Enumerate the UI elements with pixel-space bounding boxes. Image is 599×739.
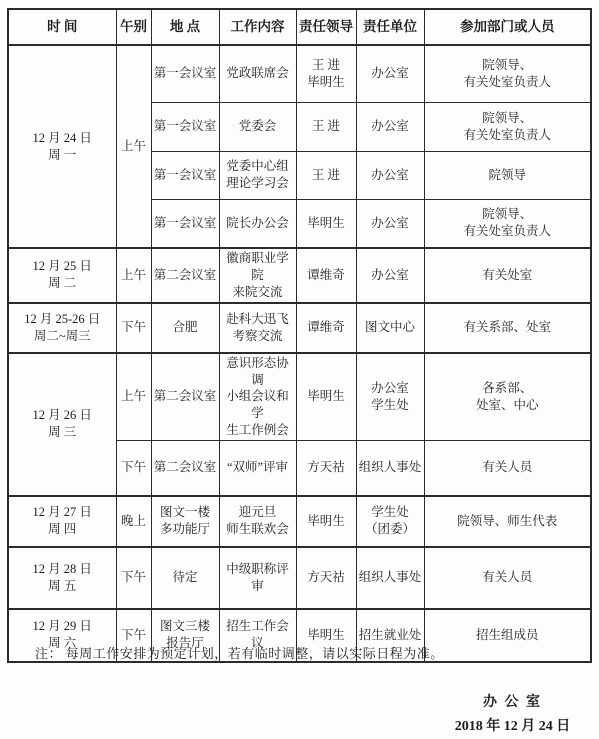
cell-participants: 院领导、 有关处室负责人 [424,45,591,102]
cell-noon: 上午 [116,45,151,248]
table-row: 12 月 27 日 周 四 晚上 图文一楼 多功能厅 迎元旦 师生联欢会 毕明生… [8,496,591,547]
cell-unit: 办公室 [356,45,424,102]
col-header-content: 工作内容 [219,9,296,45]
cell-content: 意识形态协调 小组会议和学 生工作例会 [219,353,296,441]
footnote: 注： 每周工作安排为预定计划，若有临时调整，请以实际日程为准。 [35,643,444,662]
cell-noon: 下午 [116,303,151,353]
cell-place: 第二会议室 [151,248,219,303]
cell-participants: 各系部、 处室、中心 [424,353,591,441]
cell-date: 12 月 26 日 周 三 [8,353,116,496]
cell-content: 党政联席会 [219,45,296,102]
cell-participants: 院领导、 有关处室负责人 [424,199,591,248]
col-header-place: 地 点 [151,9,219,45]
table-row: 12 月 25 日 周 二 上午 第二会议室 徽商职业学院 来院交流 谭维奇 办… [8,248,591,303]
cell-leader: 王 进 毕明生 [296,45,356,102]
cell-content: 徽商职业学院 来院交流 [219,248,296,303]
cell-participants: 有关人员 [424,441,591,496]
cell-place: 第一会议室 [151,102,219,151]
cell-leader: 谭维奇 [296,303,356,353]
cell-place: 第一会议室 [151,151,219,199]
document-page: 时 间 午别 地 点 工作内容 责任领导 责任单位 参加部门或人员 12 月 2… [0,0,599,739]
cell-place: 第二会议室 [151,441,219,496]
cell-leader: 毕明生 [296,353,356,441]
cell-unit: 办公室 [356,102,424,151]
cell-participants: 院领导、师生代表 [424,496,591,547]
cell-leader: 毕明生 [296,199,356,248]
cell-unit: 组织人事处 [356,441,424,496]
cell-date: 12 月 25 日 周 二 [8,248,116,303]
cell-unit: 学生处 （团委） [356,496,424,547]
cell-unit: 办公室 [356,248,424,303]
cell-noon: 下午 [116,441,151,496]
col-header-leader: 责任领导 [296,9,356,45]
cell-content: 迎元旦 师生联欢会 [219,496,296,547]
cell-participants: 院领导、 有关处室负责人 [424,102,591,151]
cell-place: 第一会议室 [151,45,219,102]
cell-noon: 上午 [116,248,151,303]
cell-unit: 办公室 [356,199,424,248]
cell-leader: 王 进 [296,151,356,199]
cell-noon: 晚上 [116,496,151,547]
table-row: 12 月 26 日 周 三 上午 第二会议室 意识形态协调 小组会议和学 生工作… [8,353,591,441]
col-header-time: 时 间 [8,9,116,45]
cell-place: 合肥 [151,303,219,353]
cell-participants: 有关处室 [424,248,591,303]
cell-unit: 办公室 学生处 [356,353,424,441]
cell-content: 赴科大迅飞 考察交流 [219,303,296,353]
cell-content: 院长办公会 [219,199,296,248]
cell-leader: 毕明生 [296,496,356,547]
cell-place: 图文一楼 多功能厅 [151,496,219,547]
cell-noon: 上午 [116,353,151,441]
col-header-participants: 参加部门或人员 [424,9,591,45]
cell-unit: 图文中心 [356,303,424,353]
table-row: 12 月 24 日 周 一 上午 第一会议室 党政联席会 王 进 毕明生 办公室… [8,45,591,102]
weekly-schedule-table: 时 间 午别 地 点 工作内容 责任领导 责任单位 参加部门或人员 12 月 2… [7,8,592,663]
cell-content: “双师”评审 [219,441,296,496]
signature-office: 办 公 室 [440,691,585,711]
cell-place: 第二会议室 [151,353,219,441]
cell-leader: 方天祜 [296,547,356,609]
col-header-noon: 午别 [116,9,151,45]
cell-place: 待定 [151,547,219,609]
cell-unit: 办公室 [356,151,424,199]
table-row: 12 月 25-26 日 周二~周三 下午 合肥 赴科大迅飞 考察交流 谭维奇 … [8,303,591,353]
cell-participants: 招生组成员 [424,609,591,662]
cell-content: 中级职称评审 [219,547,296,609]
cell-noon: 下午 [116,547,151,609]
cell-leader: 方天祜 [296,441,356,496]
col-header-unit: 责任单位 [356,9,424,45]
table-row: 12 月 28 日 周 五 下午 待定 中级职称评审 方天祜 组织人事处 有关人… [8,547,591,609]
header-row: 时 间 午别 地 点 工作内容 责任领导 责任单位 参加部门或人员 [8,9,591,45]
cell-participants: 有关人员 [424,547,591,609]
cell-leader: 谭维奇 [296,248,356,303]
cell-participants: 院领导 [424,151,591,199]
signature-date: 2018 年 12 月 24 日 [440,715,585,735]
cell-date: 12 月 27 日 周 四 [8,496,116,547]
cell-content: 党委中心组 理论学习会 [219,151,296,199]
cell-place: 第一会议室 [151,199,219,248]
cell-date: 12 月 24 日 周 一 [8,45,116,248]
cell-leader: 王 进 [296,102,356,151]
cell-content: 党委会 [219,102,296,151]
cell-date: 12 月 25-26 日 周二~周三 [8,303,116,353]
cell-participants: 有关系部、处室 [424,303,591,353]
cell-date: 12 月 28 日 周 五 [8,547,116,609]
cell-unit: 组织人事处 [356,547,424,609]
